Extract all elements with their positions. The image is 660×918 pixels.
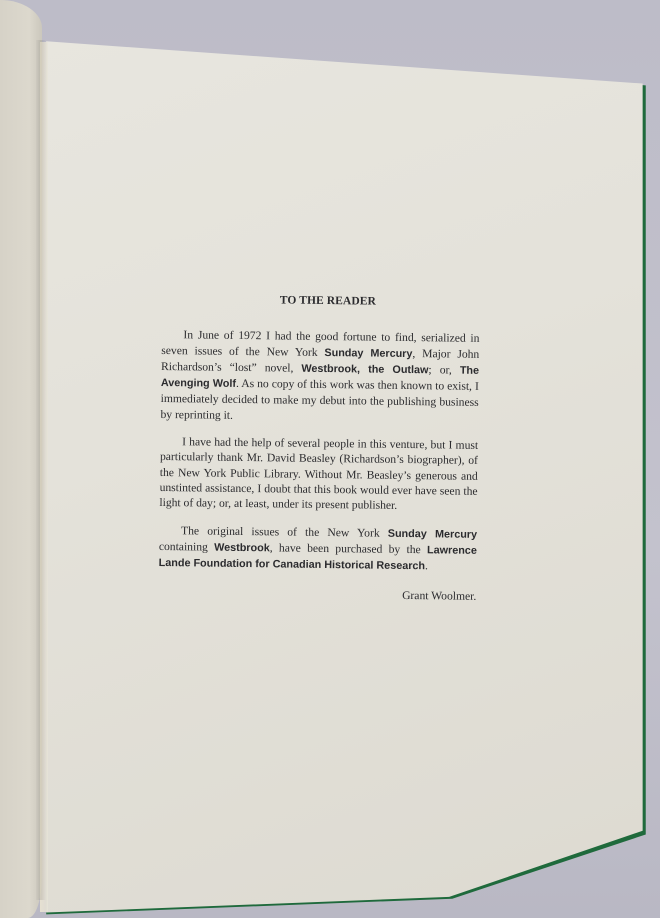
body-text: , have been purchased by the <box>270 541 427 556</box>
bold-title-text: Sunday Mercury <box>388 527 477 540</box>
body-text: containing <box>159 540 214 554</box>
bold-title-text: Westbrook, the Outlaw <box>301 363 428 377</box>
body-text: . <box>425 559 428 572</box>
body-text: The original issues of the New York <box>181 524 388 540</box>
body-text: ; or, <box>428 363 460 376</box>
body-text: I have had the help of several people in… <box>159 435 478 512</box>
paragraph-3: The original issues of the New York Sund… <box>159 523 478 576</box>
bold-title-text: Sunday Mercury <box>324 347 412 360</box>
preface-heading: TO THE READER <box>176 292 480 311</box>
preface-text-block: TO THE READER In June of 1972 I had the … <box>158 292 480 605</box>
paragraph-1: In June of 1972 I had the good fortune t… <box>160 327 479 426</box>
paragraph-2: I have had the help of several people in… <box>159 434 478 514</box>
bold-title-text: Westbrook <box>214 542 270 555</box>
spine-shadow <box>36 40 46 900</box>
